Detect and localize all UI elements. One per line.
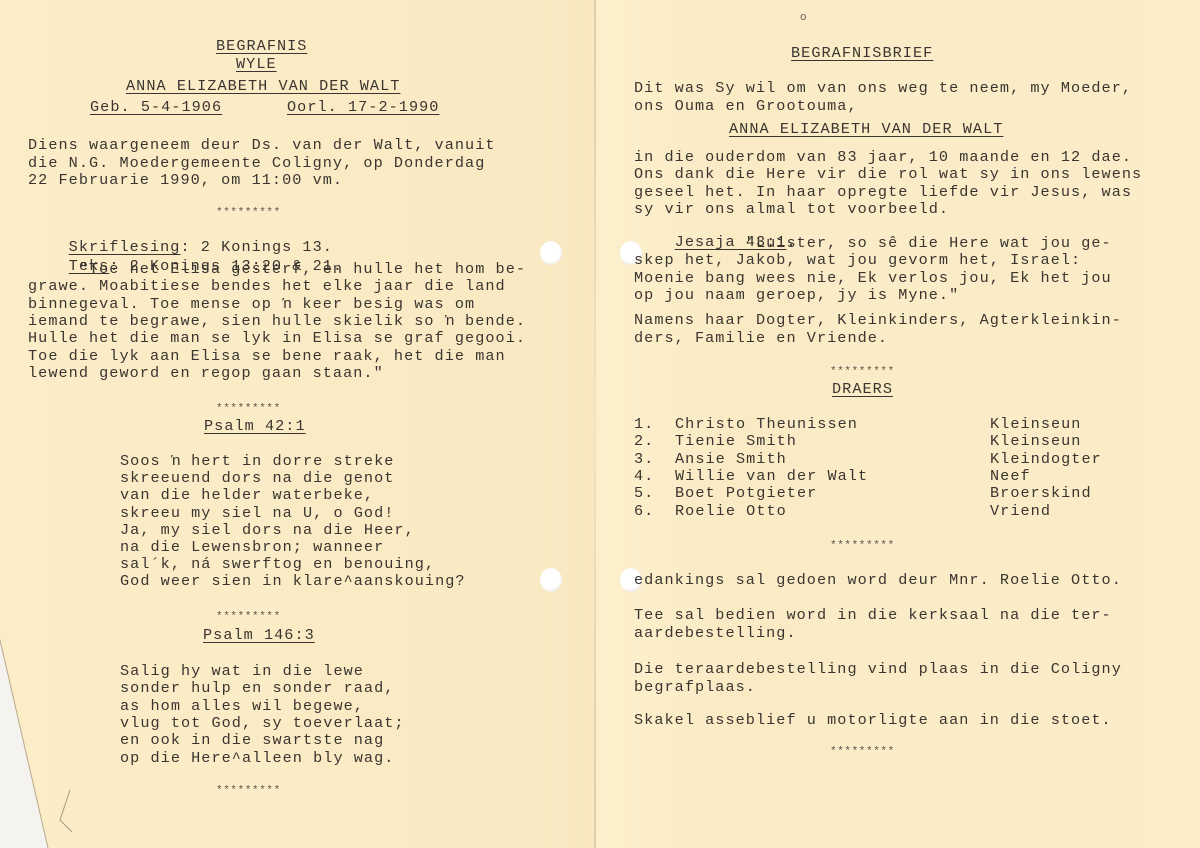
text-line: 22 Februarie 1990, om 11:00 vm. bbox=[28, 172, 343, 189]
punch-hole bbox=[540, 241, 562, 265]
verse-line: na die Lewensbron; wanneer bbox=[120, 539, 384, 556]
thanks-line: edankings sal gedoen word deur Mnr. Roel… bbox=[634, 572, 1122, 589]
bearer-name: Ansie Smith bbox=[675, 451, 787, 468]
text-line: skep het, Jakob, wat jou gevorm het, Isr… bbox=[634, 252, 1081, 269]
psalm2-title: Psalm 146:3 bbox=[203, 627, 315, 644]
bearer-num: 3. bbox=[634, 451, 654, 468]
bearer-num: 5. bbox=[634, 485, 654, 502]
bearer-relation: Kleinseun bbox=[990, 416, 1081, 433]
bearer-name: Roelie Otto bbox=[675, 503, 787, 520]
text-line: lewend geword en regop gaan staan." bbox=[28, 365, 384, 382]
text-line: Dit was Sy wil om van ons weg te neem, m… bbox=[634, 80, 1132, 97]
text-line: Hulle het die man se lyk in Elisa se gra… bbox=[28, 330, 526, 347]
deceased-name: ANNA ELIZABETH VAN DER WALT bbox=[126, 78, 400, 95]
bearer-name: Christo Theunissen bbox=[675, 416, 858, 433]
separator: ********* bbox=[216, 609, 281, 626]
subtitle: WYLE bbox=[236, 56, 277, 73]
bearer-relation: Neef bbox=[990, 468, 1031, 485]
verse-line: op die Here^alleen bly wag. bbox=[120, 750, 394, 767]
separator: ********* bbox=[216, 783, 281, 800]
text-line: Namens haar Dogter, Kleinkinders, Agterk… bbox=[634, 312, 1122, 329]
text-line: ons Ouma en Grootouma, bbox=[634, 98, 858, 115]
bearer-relation: Vriend bbox=[990, 503, 1051, 520]
bearer-num: 4. bbox=[634, 468, 654, 485]
separator: ********* bbox=[830, 364, 895, 381]
text-line: Diens waargeneem deur Ds. van der Walt, … bbox=[28, 137, 496, 154]
bearer-num: 1. bbox=[634, 416, 654, 433]
title: BEGRAFNIS bbox=[216, 38, 307, 55]
verse-line: Salig hy wat in die lewe bbox=[120, 663, 364, 680]
text-line: Die teraardebestelling vind plaas in die… bbox=[634, 661, 1122, 678]
text-line: in die ouderdom van 83 jaar, 10 maande e… bbox=[634, 149, 1132, 166]
verse-line: vlug tot God, sy toeverlaat; bbox=[120, 715, 405, 732]
separator: ********* bbox=[830, 538, 895, 555]
bearer-name: Willie van der Walt bbox=[675, 468, 868, 485]
text-line: Tee sal bedien word in die kerksaal na d… bbox=[634, 607, 1112, 624]
bearer-relation: Kleindogter bbox=[990, 451, 1102, 468]
text-line: ders, Familie en Vriende. bbox=[634, 330, 888, 347]
psalm1-title: Psalm 42:1 bbox=[204, 418, 306, 435]
letter-title: BEGRAFNISBRIEF bbox=[791, 45, 933, 62]
text-line: "Luister, so sê die Here wat jou ge- bbox=[634, 235, 1112, 252]
text-line: iemand te begrawe, sien hulle skielik so… bbox=[28, 313, 526, 330]
verse-line: en ook in die swartste nag bbox=[120, 732, 384, 749]
bearer-num: 6. bbox=[634, 503, 654, 520]
text-line: aardebestelling. bbox=[634, 625, 797, 642]
verse-line: Ja, my siel dors na die Heer, bbox=[120, 522, 415, 539]
top-mark: o bbox=[800, 12, 807, 24]
center-fold bbox=[594, 0, 596, 848]
text-line: begrafplaas. bbox=[634, 679, 756, 696]
text-line: grawe. Moabitiese bendes het elke jaar d… bbox=[28, 278, 506, 295]
bearer-num: 2. bbox=[634, 433, 654, 450]
verse-line: skreeu my siel na U, o God! bbox=[120, 505, 394, 522]
bearer-name: Boet Potgieter bbox=[675, 485, 817, 502]
bearer-relation: Kleinseun bbox=[990, 433, 1081, 450]
verse-line: skreeuend dors na die genot bbox=[120, 470, 394, 487]
separator: ********* bbox=[216, 205, 281, 222]
birth-date: Geb. 5-4-1906 bbox=[90, 99, 222, 116]
bearer-name: Tienie Smith bbox=[675, 433, 797, 450]
text-line: op jou naam geroep, jy is Myne." bbox=[634, 287, 959, 304]
text-line: Toe die lyk aan Elisa se bene raak, het … bbox=[28, 348, 506, 365]
separator: ********* bbox=[830, 744, 895, 761]
text-line: Moenie bang wees nie, Ek verlos jou, Ek … bbox=[634, 270, 1112, 287]
text-line: die N.G. Moedergemeente Coligny, op Dond… bbox=[28, 155, 485, 172]
bearer-relation: Broerskind bbox=[990, 485, 1092, 502]
text-line: Ons dank die Here vir die rol wat sy in … bbox=[634, 166, 1142, 183]
separator: ********* bbox=[216, 401, 281, 418]
verse-line: sal´k, ná swerftog en benouing, bbox=[120, 556, 435, 573]
text-line: binnegeval. Toe mense op ŉ keer besig wa… bbox=[28, 296, 475, 313]
deceased-name: ANNA ELIZABETH VAN DER WALT bbox=[729, 121, 1003, 138]
text-line: sy vir ons almal tot voorbeeld. bbox=[634, 201, 949, 218]
verse-line: as hom alles wil begewe, bbox=[120, 698, 364, 715]
verse-line: Soos ŉ hert in dorre streke bbox=[120, 453, 394, 470]
text-line: geseel het. In haar opregte liefde vir J… bbox=[634, 184, 1132, 201]
death-date: Oorl. 17-2-1990 bbox=[287, 99, 439, 116]
verse-line: sonder hulp en sonder raad, bbox=[120, 680, 394, 697]
bearers-title: DRAERS bbox=[832, 381, 893, 398]
punch-hole bbox=[540, 568, 562, 592]
lights-line: Skakel asseblief u motorligte aan in die… bbox=[634, 712, 1112, 729]
verse-line: God weer sien in klare^aanskouing? bbox=[120, 573, 466, 590]
text-line: "Toe het Elisa gesterf, en hulle het hom… bbox=[28, 261, 526, 278]
verse-line: van die helder waterbeke, bbox=[120, 487, 374, 504]
